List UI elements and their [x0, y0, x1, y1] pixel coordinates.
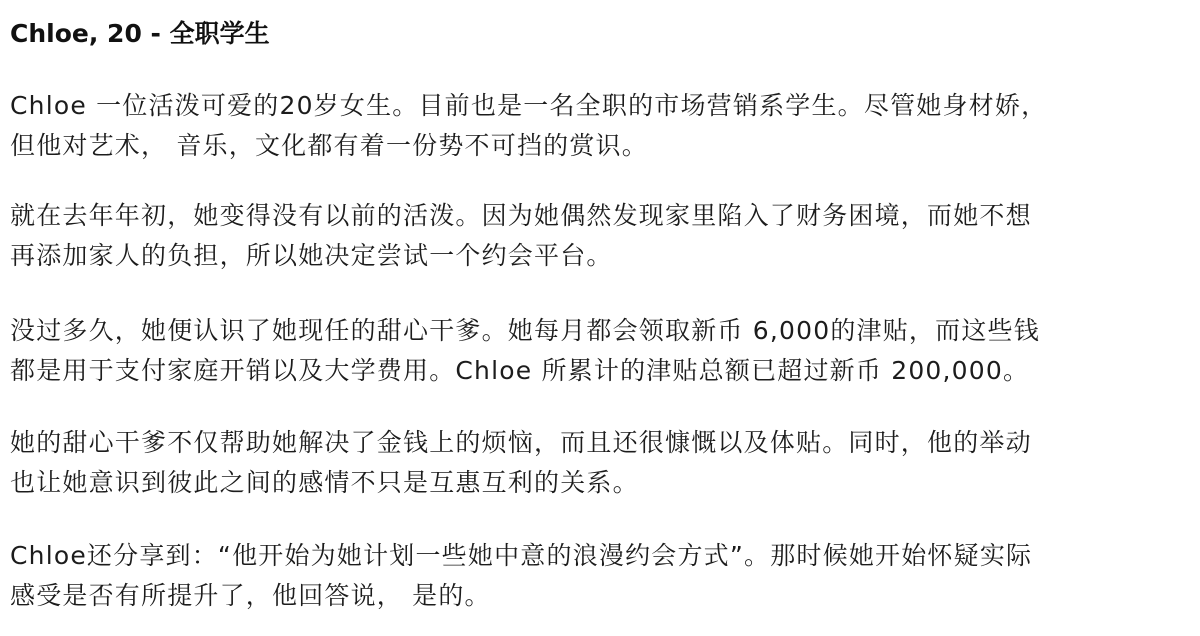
paragraph-quote: Chloe还分享到：“他开始为她计划一些她中意的浪漫约会方式”。那时候她开始怀疑… [10, 536, 1190, 616]
paragraph-relationship: 她的甜心干爹不仅帮助她解决了金钱上的烦恼，而且还很慷慨以及体贴。同时，他的举动 … [10, 423, 1190, 503]
article-title: Chloe, 20 - 全职学生 [10, 14, 270, 50]
paragraph-line: Chloe 一位活泼可爱的20岁女生。目前也是一名全职的市场营销系学生。尽管她身… [10, 86, 1190, 126]
paragraph-background: 就在去年年初，她变得没有以前的活泼。因为她偶然发现家里陷入了财务困境，而她不想 … [10, 196, 1190, 276]
paragraph-allowance: 没过多久，她便认识了她现任的甜心干爹。她每月都会领取新币 6,000的津贴，而这… [10, 311, 1190, 391]
paragraph-line: 都是用于支付家庭开销以及大学费用。Chloe 所累计的津贴总额已超过新币 200… [10, 351, 1190, 391]
paragraph-line: 也让她意识到彼此之间的感情不只是互惠互利的关系。 [10, 463, 1190, 503]
paragraph-intro: Chloe 一位活泼可爱的20岁女生。目前也是一名全职的市场营销系学生。尽管她身… [10, 86, 1190, 166]
paragraph-line: 感受是否有所提升了，他回答说， 是的。 [10, 576, 1190, 616]
paragraph-line: 她的甜心干爹不仅帮助她解决了金钱上的烦恼，而且还很慷慨以及体贴。同时，他的举动 [10, 423, 1190, 463]
paragraph-line: 没过多久，她便认识了她现任的甜心干爹。她每月都会领取新币 6,000的津贴，而这… [10, 311, 1190, 351]
paragraph-line: 就在去年年初，她变得没有以前的活泼。因为她偶然发现家里陷入了财务困境，而她不想 [10, 196, 1190, 236]
paragraph-line: 再添加家人的负担，所以她决定尝试一个约会平台。 [10, 236, 1190, 276]
paragraph-line: Chloe还分享到：“他开始为她计划一些她中意的浪漫约会方式”。那时候她开始怀疑… [10, 536, 1190, 576]
article-page: Chloe, 20 - 全职学生 Chloe 一位活泼可爱的20岁女生。目前也是… [0, 0, 1200, 636]
paragraph-line: 但他对艺术， 音乐，文化都有着一份势不可挡的赏识。 [10, 126, 1190, 166]
